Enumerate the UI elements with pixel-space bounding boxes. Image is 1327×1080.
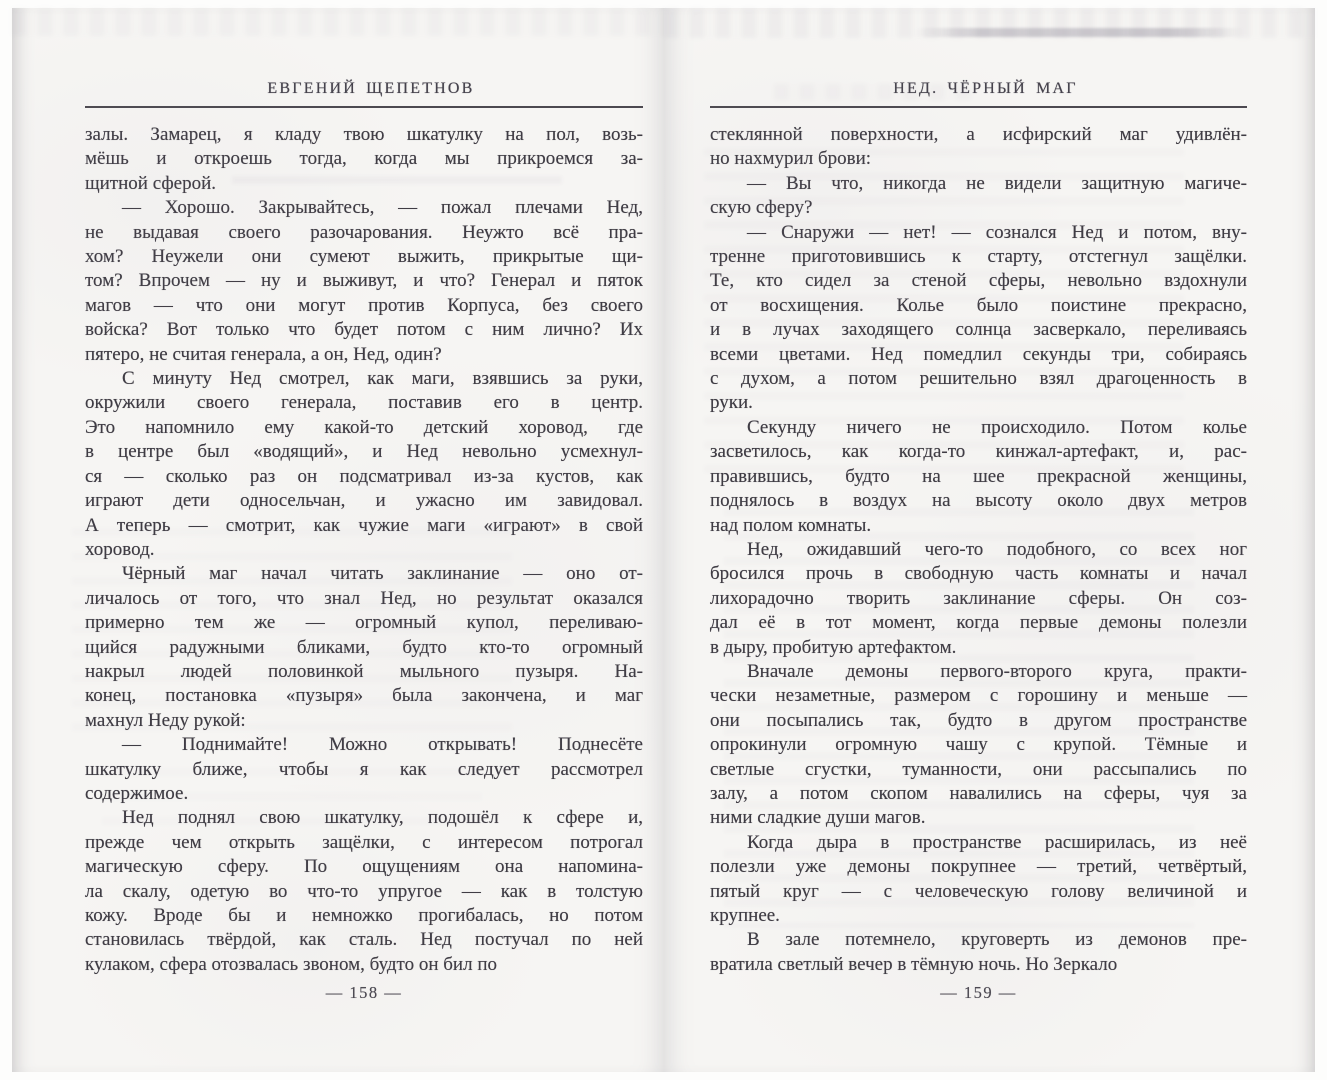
text-line: от восхищения. Колье было поистине прекр… bbox=[710, 294, 1247, 318]
page-text: стеклянной поверхности, а исфирский маг … bbox=[710, 123, 1247, 977]
paragraph: — Снаружи — нет! — сознался Нед и потом,… bbox=[710, 221, 1247, 416]
paragraph: Когда дыра в пространстве расширилась, и… bbox=[710, 831, 1247, 929]
text-line: шкатулку ближе, чтобы я как следует расс… bbox=[85, 758, 643, 782]
text-line: А теперь — смотрит, как чужие маги «игра… bbox=[85, 514, 643, 538]
paragraph: — Вы что, никогда не видели защитную маг… bbox=[710, 172, 1247, 221]
text-line: ними сладкие души магов. bbox=[710, 806, 1247, 830]
text-line: махнул Неду рукой: bbox=[85, 709, 643, 733]
text-line: том? Впрочем — ну и выживут, и что? Гене… bbox=[85, 269, 643, 293]
text-line: крупнее. bbox=[710, 904, 1247, 928]
text-line: прежде чем открыть защёлки, с интересом … bbox=[85, 831, 643, 855]
text-line: — Поднимайте! Можно открывать! Поднесёте bbox=[85, 733, 643, 757]
paragraph: В зале потемнело, круговерть из демонов … bbox=[710, 928, 1247, 977]
text-line: С минуту Нед смотрел, как маги, взявшись… bbox=[85, 367, 643, 391]
paragraph: Нед поднял свою шкатулку, подошёл к сфер… bbox=[85, 806, 643, 977]
text-line: залу, а потом скопом навалились на сферы… bbox=[710, 782, 1247, 806]
bleedthrough-smudge bbox=[914, 28, 1244, 37]
text-line: — Снаружи — нет! — сознался Нед и потом,… bbox=[710, 221, 1247, 245]
paragraph: — Хорошо. Закрывайтесь, — пожал плечами … bbox=[85, 196, 643, 367]
text-line: магическую сферу. По ощущениям она напом… bbox=[85, 855, 643, 879]
text-line: поднялось в воздух на высоту около двух … bbox=[710, 489, 1247, 513]
text-line: над полом комнаты. bbox=[710, 514, 1247, 538]
text-line: всеми цветами. Нед помедлил секунды три,… bbox=[710, 343, 1247, 367]
text-line: дал её в тот момент, когда первые демоны… bbox=[710, 611, 1247, 635]
text-line: Нед поднял свою шкатулку, подошёл к сфер… bbox=[85, 806, 643, 830]
text-line: личалось от того, что знал Нед, но резул… bbox=[85, 587, 643, 611]
text-line: Секунду ничего не происходило. Потом кол… bbox=[710, 416, 1247, 440]
text-line: хоровод. bbox=[85, 538, 643, 562]
text-line: Нед, ожидавший чего-то подобного, со все… bbox=[710, 538, 1247, 562]
text-line: кожу. Вроде бы и немножко прогибалась, н… bbox=[85, 904, 643, 928]
running-header-author: ЕВГЕНИЙ ЩЕПЕТНОВ bbox=[85, 80, 643, 108]
text-line: — Хорошо. Закрывайтесь, — пожал плечами … bbox=[85, 196, 643, 220]
text-line: Это напомнило ему какой-то детский хоров… bbox=[85, 416, 643, 440]
text-line: накрыл людей половинкой мыльного пузыря.… bbox=[85, 660, 643, 684]
paragraph: Нед, ожидавший чего-то подобного, со все… bbox=[710, 538, 1247, 660]
paragraph: Вначале демоны первого-второго круга, пр… bbox=[710, 660, 1247, 831]
text-line: войска? Вот только что будет потом с ним… bbox=[85, 318, 643, 342]
bleedthrough-smudge bbox=[664, 8, 1315, 38]
paragraph: С минуту Нед смотрел, как маги, взявшись… bbox=[85, 367, 643, 562]
page-left: ЕВГЕНИЙ ЩЕПЕТНОВ залы. Замарец, я кладу … bbox=[12, 8, 664, 1072]
text-line: опрокинули огромную чашу с крупой. Тёмны… bbox=[710, 733, 1247, 757]
text-line: содержимое. bbox=[85, 782, 643, 806]
paragraph: Секунду ничего не происходило. Потом кол… bbox=[710, 416, 1247, 538]
text-line: чески незаметные, размером с горошину и … bbox=[710, 684, 1247, 708]
text-line: играют дети односельчан, и ужасно им зав… bbox=[85, 489, 643, 513]
paragraph: Чёрный маг начал читать заклинание — оно… bbox=[85, 562, 643, 733]
text-line: в центре был «водящий», и Нед невольно у… bbox=[85, 440, 643, 464]
text-line: полезли уже демоны покрупнее — третий, ч… bbox=[710, 855, 1247, 879]
text-line: становилась твёрдой, как сталь. Нед пост… bbox=[85, 928, 643, 952]
page-number: — 158 — bbox=[85, 983, 643, 1003]
text-line: они посыпались так, будто в другом прост… bbox=[710, 709, 1247, 733]
text-line: магов — что они могут против Корпуса, бе… bbox=[85, 294, 643, 318]
text-line: светлые сгустки, туманности, они рассыпа… bbox=[710, 758, 1247, 782]
text-line: кулаком, сфера отозвалась звоном, будто … bbox=[85, 953, 643, 977]
text-line: пятеро, не считая генерала, а он, Нед, о… bbox=[85, 343, 643, 367]
text-line: скую сферу? bbox=[710, 196, 1247, 220]
text-line: бросился прочь в свободную часть комнаты… bbox=[710, 562, 1247, 586]
page-number: — 159 — bbox=[710, 983, 1247, 1003]
text-line: пятый круг — с человеческую голову велич… bbox=[710, 880, 1247, 904]
text-line: залы. Замарец, я кладу твою шкатулку на … bbox=[85, 123, 643, 147]
text-line: но нахмурил брови: bbox=[710, 147, 1247, 171]
text-line: примерно тем же — огромный купол, перели… bbox=[85, 611, 643, 635]
text-line: засветилось, как когда-то кинжал-артефак… bbox=[710, 440, 1247, 464]
text-line: ся — сколько раз он подсматривал из-за к… bbox=[85, 465, 643, 489]
text-line: Те, кто сидел за стеной сферы, невольно … bbox=[710, 269, 1247, 293]
text-line: вратила светлый вечер в тёмную ночь. Но … bbox=[710, 953, 1247, 977]
text-line: тренне приготовившись к старту, отстегну… bbox=[710, 245, 1247, 269]
page-right: НЕД. ЧЁРНЫЙ МАГ стеклянной поверхности, … bbox=[664, 8, 1315, 1072]
text-line: не выдавая своего разочарования. Неужто … bbox=[85, 221, 643, 245]
running-header-title: НЕД. ЧЁРНЫЙ МАГ bbox=[710, 80, 1247, 108]
text-line: в дыру, пробитую артефактом. bbox=[710, 636, 1247, 660]
page-text: залы. Замарец, я кладу твою шкатулку на … bbox=[85, 123, 643, 977]
text-line: и в лучах заходящего солнца засверкало, … bbox=[710, 318, 1247, 342]
text-line: — Вы что, никогда не видели защитную маг… bbox=[710, 172, 1247, 196]
paragraph: — Поднимайте! Можно открывать! Поднесёте… bbox=[85, 733, 643, 806]
text-line: стеклянной поверхности, а исфирский маг … bbox=[710, 123, 1247, 147]
text-line: щитной сферой. bbox=[85, 172, 643, 196]
text-line: лихорадочно творить заклинание сферы. Он… bbox=[710, 587, 1247, 611]
text-line: руки. bbox=[710, 391, 1247, 415]
text-line: Когда дыра в пространстве расширилась, и… bbox=[710, 831, 1247, 855]
text-line: Вначале демоны первого-второго круга, пр… bbox=[710, 660, 1247, 684]
text-line: мёшь и откроешь тогда, когда мы прикроем… bbox=[85, 147, 643, 171]
text-line: Чёрный маг начал читать заклинание — оно… bbox=[85, 562, 643, 586]
book-spread: ЕВГЕНИЙ ЩЕПЕТНОВ залы. Замарец, я кладу … bbox=[0, 0, 1327, 1080]
bleedthrough-smudge bbox=[12, 8, 664, 36]
text-line: В зале потемнело, круговерть из демонов … bbox=[710, 928, 1247, 952]
text-line: ла скалу, одетую во что-то упругое — как… bbox=[85, 880, 643, 904]
text-line: с духом, а потом решительно взял драгоце… bbox=[710, 367, 1247, 391]
text-line: правившись, будто на шее прекрасной женщ… bbox=[710, 465, 1247, 489]
text-line: окружили своего генерала, поставив его в… bbox=[85, 391, 643, 415]
text-line: конец, постановка «пузыря» была закончен… bbox=[85, 684, 643, 708]
text-line: щийся радужными бликами, будто кто-то ог… bbox=[85, 636, 643, 660]
text-line: хом? Неужели они сумеют выжить, прикрыты… bbox=[85, 245, 643, 269]
paragraph: залы. Замарец, я кладу твою шкатулку на … bbox=[85, 123, 643, 196]
paragraph: стеклянной поверхности, а исфирский маг … bbox=[710, 123, 1247, 172]
